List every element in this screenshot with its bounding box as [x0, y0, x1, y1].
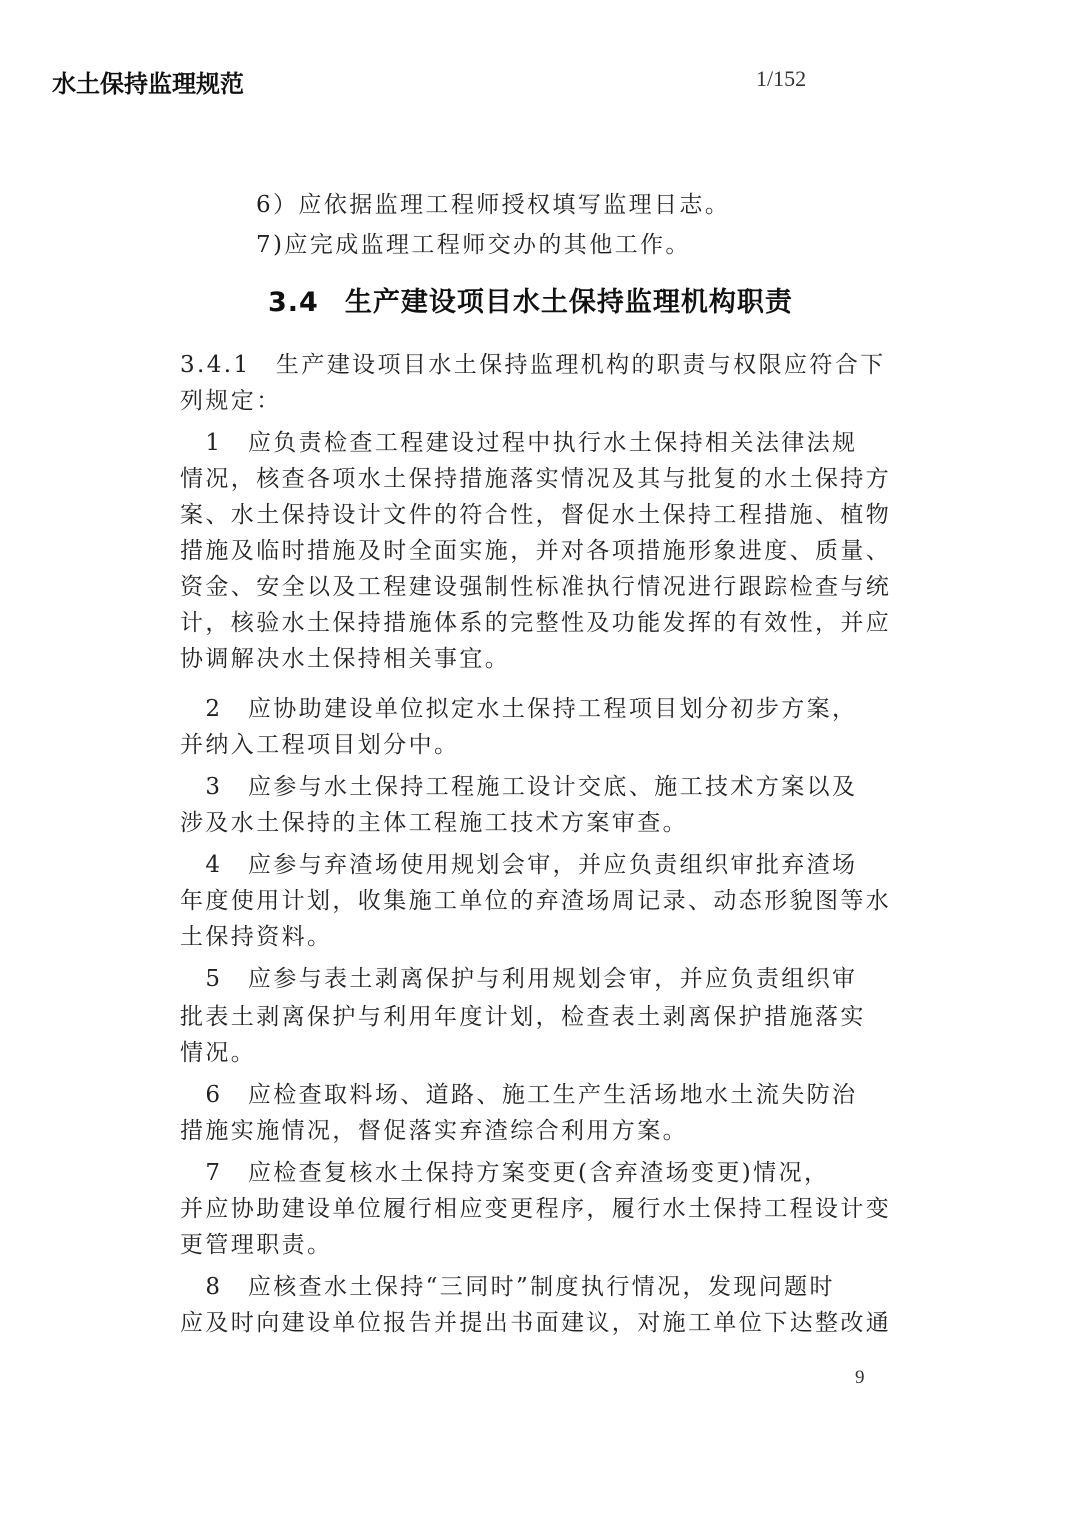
clause-line: 列规定：: [180, 382, 282, 415]
document-title: 水土保持监理规范: [52, 64, 244, 99]
clause-line: 年度使用计划，收集施工单位的弃渣场周记录、动态形貌图等水: [180, 882, 891, 915]
clause-line: 并纳入工程项目划分中。: [180, 726, 459, 759]
clause-line: 计，核验水土保持措施体系的完整性及功能发挥的有效性，并应: [180, 604, 891, 637]
clause-line: 2 应协助建设单位拟定水土保持工程项目划分初步方案，: [180, 690, 857, 723]
clause-line: 8 应核查水土保持“三同时”制度执行情况，发现问题时: [180, 1268, 835, 1301]
clause-line: 6 应检查取料场、道路、施工生产生活场地水土流失防治: [180, 1076, 857, 1109]
section-title: 生产建设项目水土保持监理机构职责: [345, 287, 793, 318]
clause-line: 涉及水土保持的主体工程施工技术方案审查。: [180, 804, 688, 837]
clause-line: 1 应负责检查工程建设过程中执行水土保持相关法律法规: [180, 424, 857, 457]
clause-line: 3 应参与水土保持工程施工设计交底、施工技术方案以及: [180, 768, 857, 801]
clause-line: 协调解决水土保持相关事宜。: [180, 640, 510, 673]
clause-line: 情况。: [180, 1034, 256, 1067]
page-number: 9: [855, 1367, 865, 1389]
clause-line: 3.4.1 生产建设项目水土保持监理机构的职责与权限应符合下: [180, 346, 886, 379]
list-item: 6）应依据监理工程师授权填写监理日志。: [256, 186, 730, 219]
clause-line: 批表土剥离保护与利用年度计划，检查表土剥离保护措施落实: [180, 998, 866, 1031]
clause-line: 7 应检查复核水土保持方案变更(含弃渣场变更)情况，: [180, 1154, 829, 1187]
clause-line: 资金、安全以及工程建设强制性标准执行情况进行跟踪检查与统: [180, 568, 891, 601]
section-number: 3.4: [268, 287, 319, 318]
clause-line: 并应协助建设单位履行相应变更程序，履行水土保持工程设计变: [180, 1190, 891, 1223]
clause-line: 措施及临时措施及时全面实施，并对各项措施形象进度、质量、: [180, 532, 891, 565]
clause-line: 案、水土保持设计文件的符合性，督促水土保持工程措施、植物: [180, 496, 891, 529]
clause-line: 措施实施情况，督促落实弃渣综合利用方案。: [180, 1112, 688, 1145]
page-indicator: 1/152: [756, 66, 806, 92]
clause-line: 土保持资料。: [180, 918, 332, 951]
clause-line: 4 应参与弃渣场使用规划会审，并应负责组织审批弃渣场: [180, 846, 857, 879]
clause-line: 5 应参与表土剥离保护与利用规划会审，并应负责组织审: [180, 960, 857, 993]
clause-line: 更管理职责。: [180, 1226, 332, 1259]
section-heading: 3.4生产建设项目水土保持监理机构职责: [268, 280, 793, 319]
list-item: 7)应完成监理工程师交办的其他工作。: [256, 226, 691, 259]
clause-line: 情况，核查各项水土保持措施落实情况及其与批复的水土保持方: [180, 460, 891, 493]
clause-line: 应及时向建设单位报告并提出书面建议，对施工单位下达整改通: [180, 1304, 891, 1337]
